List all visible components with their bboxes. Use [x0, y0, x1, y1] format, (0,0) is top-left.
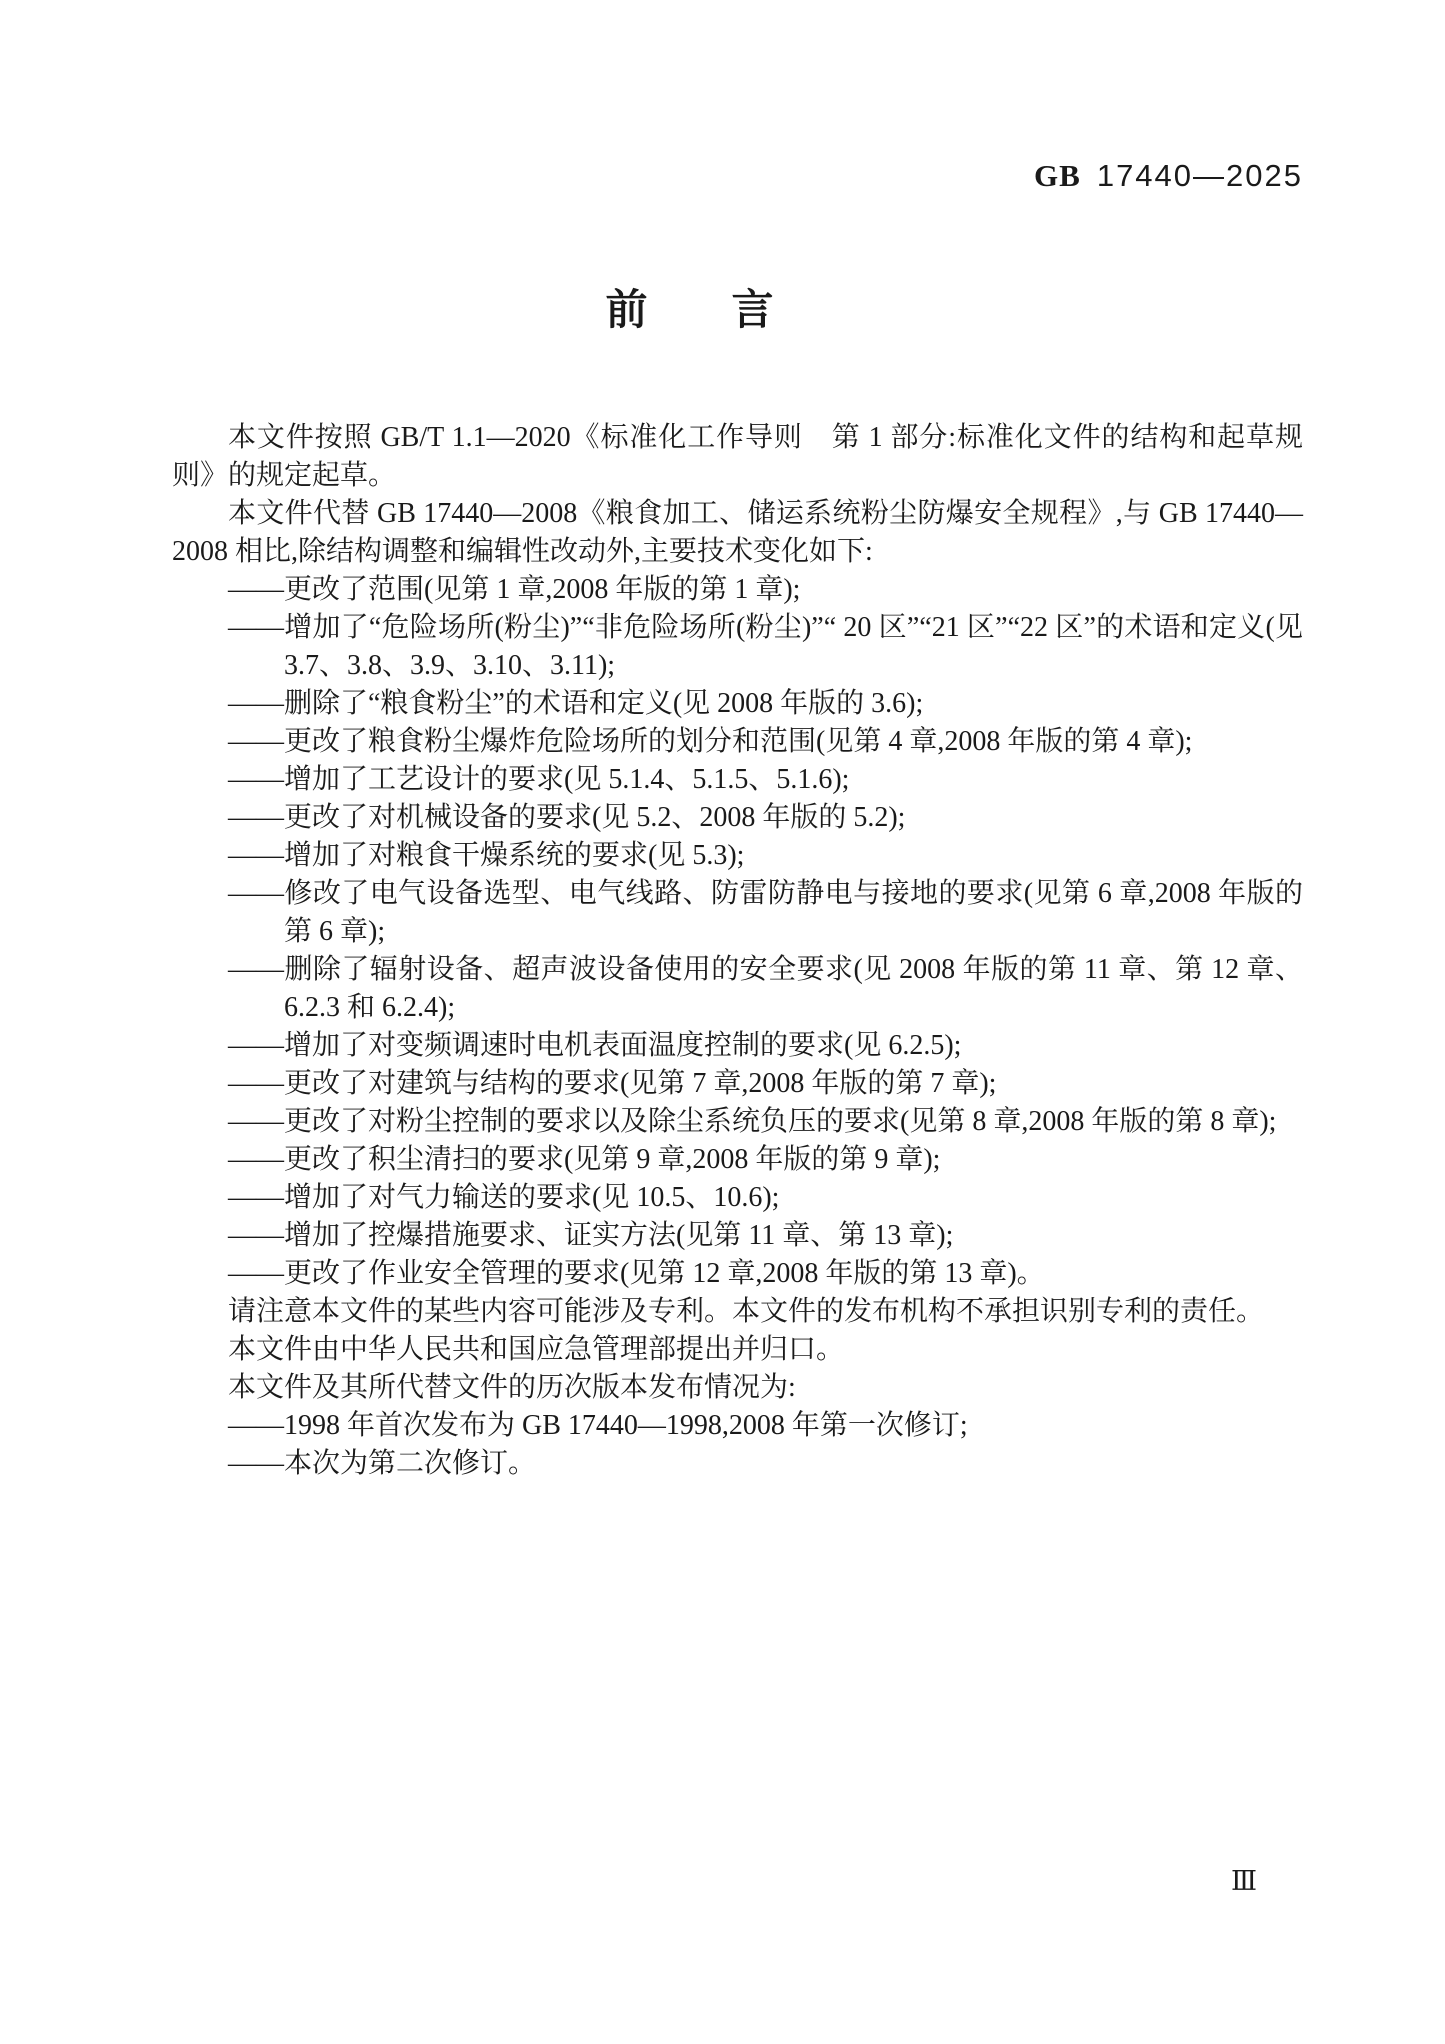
change-list-item: ——增加了对粮食干燥系统的要求(见 5.3); — [172, 837, 1303, 875]
change-list-item: ——更改了作业安全管理的要求(见第 12 章,2008 年版的第 13 章)。 — [172, 1255, 1303, 1293]
page-title: 前 言 — [124, 286, 1255, 334]
document-body: 本文件按照 GB/T 1.1—2020《标准化工作导则 第 1 部分:标准化文件… — [172, 419, 1303, 1483]
change-list-item: ——1998 年首次发布为 GB 17440—1998,2008 年第一次修订; — [172, 1407, 1303, 1445]
page-number: Ⅲ — [1231, 1866, 1257, 1896]
change-list-item: ——本次为第二次修订。 — [172, 1445, 1303, 1483]
change-list-item: ——修改了电气设备选型、电气线路、防雷防静电与接地的要求(见第 6 章,2008… — [172, 875, 1303, 951]
document-page: GB17440—2025 前 言 本文件按照 GB/T 1.1—2020《标准化… — [0, 0, 1445, 2044]
body-paragraph: 请注意本文件的某些内容可能涉及专利。本文件的发布机构不承担识别专利的责任。 — [172, 1293, 1303, 1331]
change-list-item: ——增加了对气力输送的要求(见 10.5、10.6); — [172, 1179, 1303, 1217]
change-list-item: ——删除了辐射设备、超声波设备使用的安全要求(见 2008 年版的第 11 章、… — [172, 951, 1303, 1027]
change-list-item: ——增加了“危险场所(粉尘)”“非危险场所(粉尘)”“ 20 区”“21 区”“… — [172, 609, 1303, 685]
body-paragraph: 本文件代替 GB 17440—2008《粮食加工、储运系统粉尘防爆安全规程》,与… — [172, 495, 1303, 571]
change-list-item: ——更改了积尘清扫的要求(见第 9 章,2008 年版的第 9 章); — [172, 1141, 1303, 1179]
standard-code-number: 17440—2025 — [1097, 158, 1303, 193]
change-list-item: ——删除了“粮食粉尘”的术语和定义(见 2008 年版的 3.6); — [172, 685, 1303, 723]
change-list-item: ——更改了对机械设备的要求(见 5.2、2008 年版的 5.2); — [172, 799, 1303, 837]
change-list-item: ——增加了工艺设计的要求(见 5.1.4、5.1.5、5.1.6); — [172, 761, 1303, 799]
body-paragraph: 本文件按照 GB/T 1.1—2020《标准化工作导则 第 1 部分:标准化文件… — [172, 419, 1303, 495]
change-list-item: ——增加了对变频调速时电机表面温度控制的要求(见 6.2.5); — [172, 1027, 1303, 1065]
change-list-item: ——更改了范围(见第 1 章,2008 年版的第 1 章); — [172, 571, 1303, 609]
change-list-item: ——更改了粮食粉尘爆炸危险场所的划分和范围(见第 4 章,2008 年版的第 4… — [172, 723, 1303, 761]
document-header: GB17440—2025 — [172, 158, 1303, 194]
standard-code-prefix: GB — [1034, 158, 1081, 193]
page-footer: Ⅲ — [172, 1866, 1303, 1897]
body-paragraph: 本文件由中华人民共和国应急管理部提出并归口。 — [172, 1331, 1303, 1369]
change-list-item: ——更改了对粉尘控制的要求以及除尘系统负压的要求(见第 8 章,2008 年版的… — [172, 1103, 1303, 1141]
change-list-item: ——更改了对建筑与结构的要求(见第 7 章,2008 年版的第 7 章); — [172, 1065, 1303, 1103]
change-list-item: ——增加了控爆措施要求、证实方法(见第 11 章、第 13 章); — [172, 1217, 1303, 1255]
body-paragraph: 本文件及其所代替文件的历次版本发布情况为: — [172, 1369, 1303, 1407]
